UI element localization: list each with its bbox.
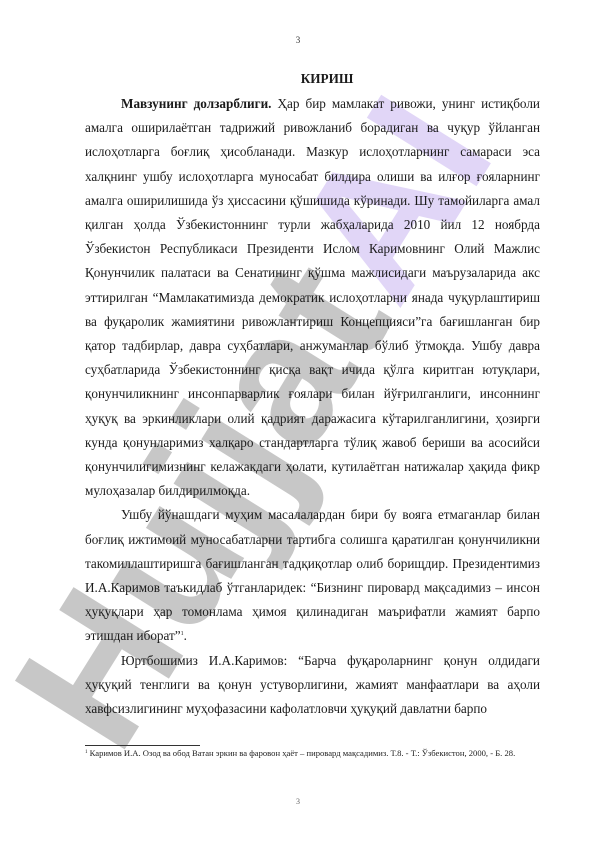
page-number-bottom: 3 [0, 797, 596, 806]
footnote-separator [85, 745, 200, 746]
footnote-text: Каримов И.А. Озод ва обод Ватан эркин ва… [88, 748, 516, 758]
footnote: 1 Каримов И.А. Озод ва обод Ватан эркин … [85, 748, 540, 760]
body-text: Мавзунинг долзарблиги. Ҳар бир мамлакат … [85, 92, 540, 721]
paragraph-1: Мавзунинг долзарблиги. Ҳар бир мамлакат … [85, 92, 540, 503]
page-number-top: 3 [0, 35, 596, 45]
section-heading: КИРИШ [0, 71, 596, 87]
paragraph-tail: . [184, 628, 187, 643]
paragraph-text: Юртбошимиз И.А.Каримов: “Барча фуқаролар… [85, 653, 540, 716]
paragraph-text: Ушбу йўнашдаги муҳим масалалардан бири б… [85, 507, 540, 643]
paragraph-3: Юртбошимиз И.А.Каримов: “Барча фуқаролар… [85, 649, 540, 722]
paragraph-2: Ушбу йўнашдаги муҳим масалалардан бири б… [85, 503, 540, 648]
paragraph-lead-bold: Мавзунинг долзарблиги. [121, 96, 271, 111]
paragraph-text: Ҳар бир мамлакат ривожи, унинг истиқболи… [85, 96, 540, 498]
